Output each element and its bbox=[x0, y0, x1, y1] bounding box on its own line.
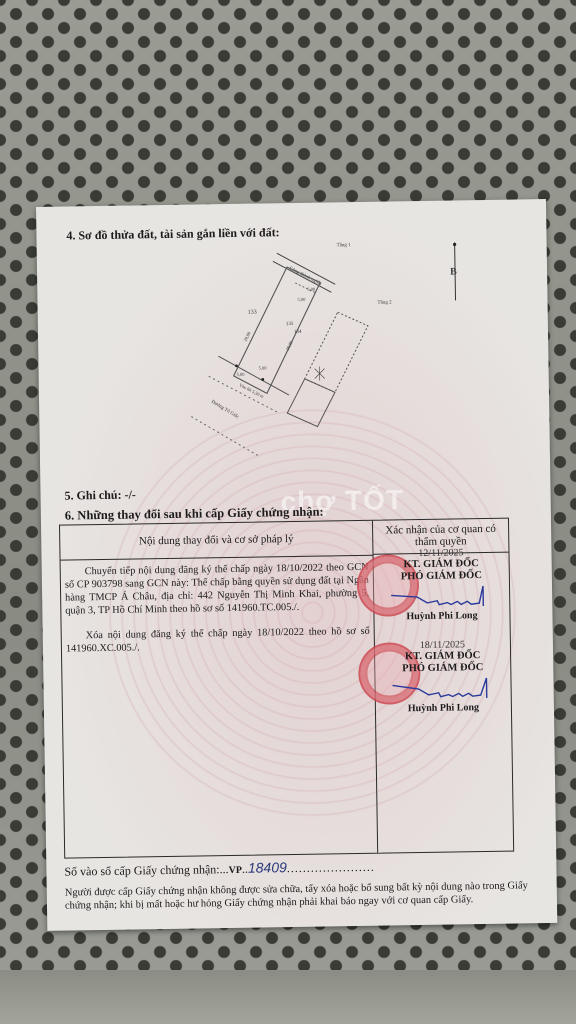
table-row: Chuyển tiếp nội dung đăng ký thế chấp ng… bbox=[65, 561, 370, 618]
svg-text:Đường Tô Giấc: Đường Tô Giấc bbox=[210, 400, 240, 421]
section-4-title: 4. Sơ đồ thửa đất, tài sản gắn liền với … bbox=[66, 225, 279, 243]
registry-dots: ...................... bbox=[287, 860, 375, 875]
holder-notice: Người được cấp Giấy chứng nhận không đượ… bbox=[65, 879, 535, 912]
approver-role: PHÓ GIÁM ĐỐC bbox=[375, 662, 510, 676]
svg-text:135: 135 bbox=[286, 322, 294, 327]
change-content: Chuyển tiếp nội dung đăng ký thế chấp ng… bbox=[65, 562, 369, 617]
table-row: Xóa nội dung đăng ký thế chấp ngày 18/10… bbox=[66, 625, 370, 656]
svg-text:20,00: 20,00 bbox=[285, 340, 295, 352]
section-5-notes: 5. Ghi chú: -/- bbox=[64, 487, 136, 503]
land-parcel-sketch: B Công thành nghĩa 133 135 5,00 5,00 20,… bbox=[137, 239, 521, 475]
svg-text:133: 133 bbox=[248, 310, 257, 316]
approval-block: 18/11/2025 KT. GIÁM ĐỐC PHÓ GIÁM ĐỐC Huỳ… bbox=[375, 639, 511, 715]
svg-text:5,00: 5,00 bbox=[297, 297, 306, 303]
signer-name: Huỳnh Phi Long bbox=[376, 702, 511, 715]
svg-text:134: 134 bbox=[294, 330, 302, 335]
svg-text:5,00: 5,00 bbox=[237, 372, 246, 378]
north-arrow-icon: B bbox=[450, 242, 458, 300]
registry-number-line: Số vào sổ cấp Giấy chứng nhận:...VP..184… bbox=[64, 858, 375, 880]
metal-background-plate bbox=[0, 970, 576, 1024]
column-header-content: Nội dung thay đổi và cơ sở pháp lý bbox=[60, 521, 374, 561]
svg-text:5,00: 5,00 bbox=[259, 365, 268, 371]
approval-block: 12/11/2025 KT. GIÁM ĐỐC PHÓ GIÁM ĐỐC Huỳ… bbox=[373, 547, 509, 623]
signer-name: Huỳnh Phi Long bbox=[374, 610, 509, 623]
registry-prefix: VP bbox=[229, 865, 243, 876]
approver-role: PHÓ GIÁM ĐỐC bbox=[374, 570, 509, 584]
changes-table: Nội dung thay đổi và cơ sở pháp lý Xác n… bbox=[59, 518, 514, 859]
parcel-diagram: B Công thành nghĩa 133 135 5,00 5,00 20,… bbox=[137, 239, 521, 475]
signature-icon bbox=[388, 676, 498, 702]
signature-icon bbox=[386, 584, 496, 610]
svg-text:Tầng 2: Tầng 2 bbox=[378, 300, 393, 305]
certificate-page: chợ TỐT 4. Sơ đồ thửa đất, tài sản gắn l… bbox=[36, 199, 557, 931]
svg-text:Tầng 1: Tầng 1 bbox=[337, 243, 352, 248]
registry-number: 18409 bbox=[248, 859, 287, 876]
change-content: Xóa nội dung đăng ký thế chấp ngày 18/10… bbox=[66, 626, 370, 655]
registry-label: Số vào sổ cấp Giấy chứng nhận:... bbox=[64, 862, 228, 879]
north-label: B bbox=[450, 266, 457, 277]
